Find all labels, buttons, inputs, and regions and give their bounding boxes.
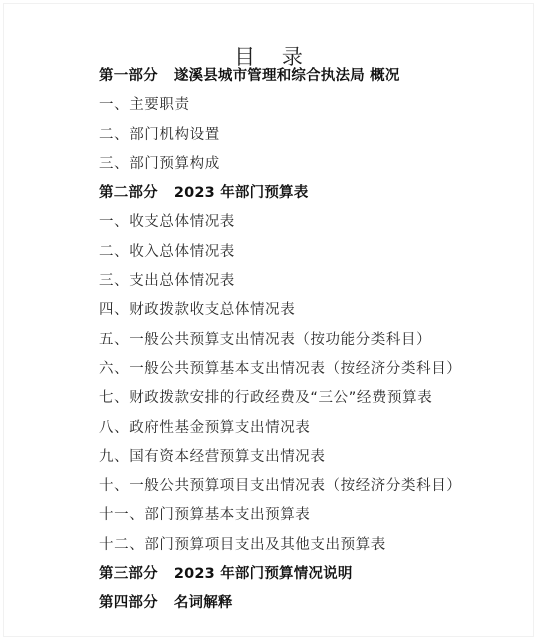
toc-part-1[interactable]: 第一部分遂溪县城市管理和综合执法局 概况 xyxy=(99,62,461,91)
section-number: 一、 xyxy=(99,97,129,113)
toc-item-table-4[interactable]: 四、财政拨款收支总体情况表 xyxy=(99,296,461,325)
toc-item-table-11[interactable]: 十一、部门预算基本支出预算表 xyxy=(99,501,461,530)
toc-part-3[interactable]: 第三部分2023 年部门预算情况说明 xyxy=(99,560,461,589)
toc-item-table-6[interactable]: 六、一般公共预算基本支出情况表（按经济分类科目） xyxy=(99,355,461,384)
toc-item-table-12[interactable]: 十二、部门预算项目支出及其他支出预算表 xyxy=(99,531,461,560)
part-title: 2023 年部门预算情况说明 xyxy=(174,566,353,582)
section-number: 三、 xyxy=(99,273,129,289)
section-number: 八、 xyxy=(99,420,129,436)
section-number: 十一、 xyxy=(99,507,144,523)
section-number: 二、 xyxy=(99,127,129,143)
part-title: 遂溪县城市管理和综合执法局 概况 xyxy=(174,68,400,84)
section-title: 一般公共预算支出情况表（按功能分类科目） xyxy=(129,332,431,348)
toc-item-budget-composition[interactable]: 三、部门预算构成 xyxy=(99,150,461,179)
toc-item-table-10[interactable]: 十、一般公共预算项目支出情况表（按经济分类科目） xyxy=(99,472,461,501)
toc-item-table-9[interactable]: 九、国有资本经营预算支出情况表 xyxy=(99,443,461,472)
section-title: 一般公共预算基本支出情况表（按经济分类科目） xyxy=(129,361,461,377)
part-label: 第二部分 xyxy=(99,179,158,208)
part-label: 第三部分 xyxy=(99,560,158,589)
table-of-contents: 第一部分遂溪县城市管理和综合执法局 概况 一、主要职责 二、部门机构设置 三、部… xyxy=(99,62,461,619)
section-number: 六、 xyxy=(99,361,129,377)
section-title: 部门预算项目支出及其他支出预算表 xyxy=(144,537,386,553)
section-title: 主要职责 xyxy=(129,97,189,113)
toc-item-duties[interactable]: 一、主要职责 xyxy=(99,91,461,120)
section-number: 五、 xyxy=(99,332,129,348)
section-title: 一般公共预算项目支出情况表（按经济分类科目） xyxy=(129,478,461,494)
section-title: 财政拨款安排的行政经费及“三公”经费预算表 xyxy=(129,390,432,406)
section-number: 九、 xyxy=(99,449,129,465)
section-title: 收支总体情况表 xyxy=(129,214,235,230)
part-label: 第四部分 xyxy=(99,589,158,618)
section-number: 十、 xyxy=(99,478,129,494)
part-title: 名词解释 xyxy=(174,595,233,611)
toc-item-table-1[interactable]: 一、收支总体情况表 xyxy=(99,208,461,237)
section-number: 四、 xyxy=(99,302,129,318)
section-title: 政府性基金预算支出情况表 xyxy=(129,420,310,436)
toc-item-table-3[interactable]: 三、支出总体情况表 xyxy=(99,267,461,296)
section-title: 部门预算构成 xyxy=(129,156,220,172)
section-number: 十二、 xyxy=(99,537,144,553)
toc-item-org-structure[interactable]: 二、部门机构设置 xyxy=(99,121,461,150)
toc-item-table-7[interactable]: 七、财政拨款安排的行政经费及“三公”经费预算表 xyxy=(99,384,461,413)
section-number: 一、 xyxy=(99,214,129,230)
part-label: 第一部分 xyxy=(99,62,158,91)
section-number: 二、 xyxy=(99,244,129,260)
section-title: 国有资本经营预算支出情况表 xyxy=(129,449,325,465)
section-title: 财政拨款收支总体情况表 xyxy=(129,302,295,318)
toc-item-table-8[interactable]: 八、政府性基金预算支出情况表 xyxy=(99,414,461,443)
section-title: 收入总体情况表 xyxy=(129,244,235,260)
section-title: 部门机构设置 xyxy=(129,127,220,143)
section-number: 三、 xyxy=(99,156,129,172)
section-title: 部门预算基本支出预算表 xyxy=(144,507,310,523)
toc-part-2[interactable]: 第二部分2023 年部门预算表 xyxy=(99,179,461,208)
toc-item-table-2[interactable]: 二、收入总体情况表 xyxy=(99,238,461,267)
section-number: 七、 xyxy=(99,390,129,406)
section-title: 支出总体情况表 xyxy=(129,273,235,289)
toc-item-table-5[interactable]: 五、一般公共预算支出情况表（按功能分类科目） xyxy=(99,326,461,355)
toc-part-4[interactable]: 第四部分名词解释 xyxy=(99,589,461,618)
part-title: 2023 年部门预算表 xyxy=(174,185,309,201)
